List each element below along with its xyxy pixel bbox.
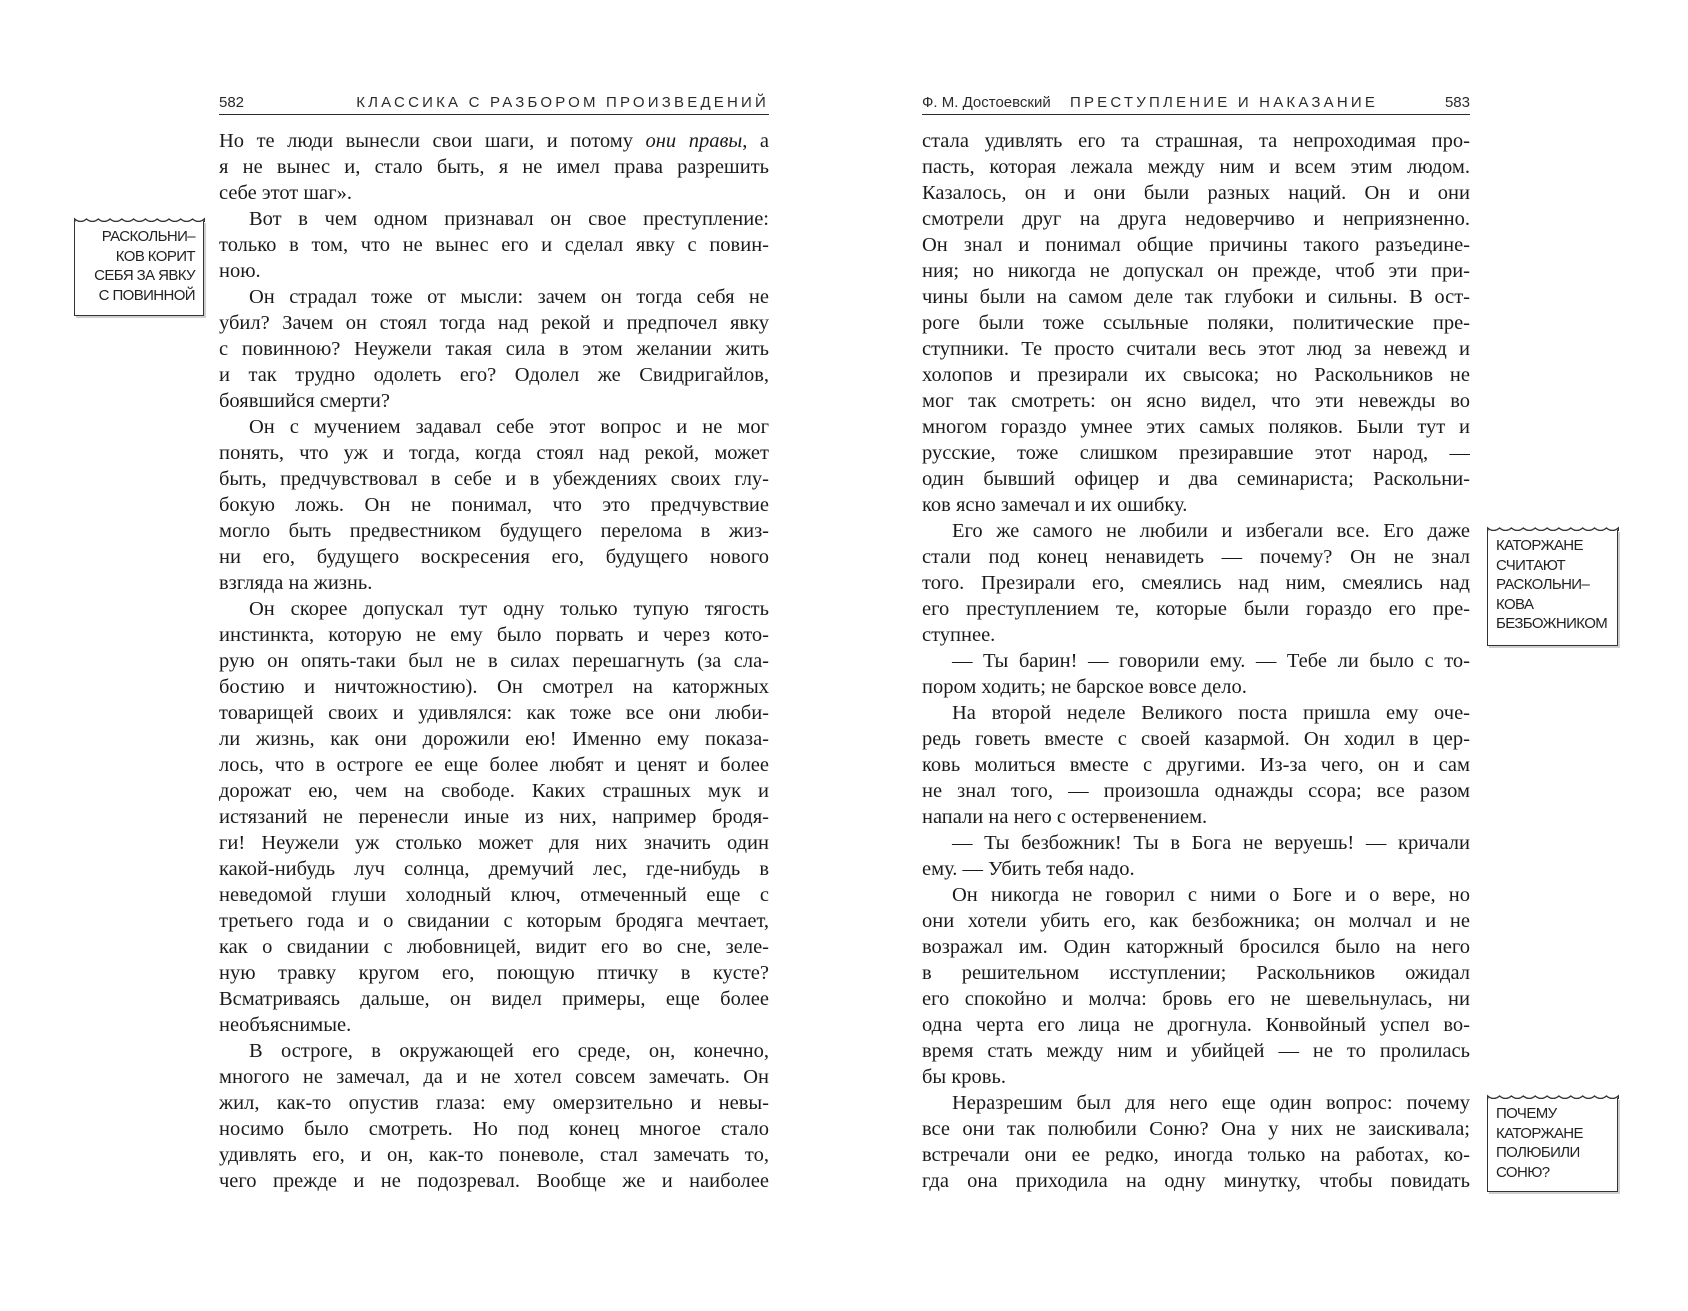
text-line: понять, что уж и тогда, когда стоял над …	[219, 440, 769, 466]
margin-note-line: СЧИТАЮТ	[1496, 556, 1609, 576]
text-line: ную травку кругом его, поющую птичку в к…	[219, 960, 769, 986]
margin-note-text: РАСКОЛЬНИ–КОВ КОРИТСЕБЯ ЗА ЯВКУС ПОВИННО…	[75, 221, 203, 309]
text-line: ли жизнь, как они дорожили ею! Именно ем…	[219, 726, 769, 752]
text-line: — Ты барин! — говорили ему. — Тебе ли бы…	[922, 648, 1470, 674]
text-line: Вот в чем одном признавал он свое престу…	[219, 206, 769, 232]
margin-note-line: СОНЮ?	[1496, 1163, 1609, 1183]
text-line: удивлять его, и он, как-то поневоле, ста…	[219, 1142, 769, 1168]
text-line: лось, что в остроге ее еще более любят и…	[219, 752, 769, 778]
text-line: ступники. Те просто считали весь этот лю…	[922, 336, 1470, 362]
left-running-head: 582 КЛАССИКА С РАЗБОРОМ ПРОИЗВЕДЕНИЙ	[219, 94, 769, 115]
text-line: многого не замечал, да и не хотел совсем…	[219, 1064, 769, 1090]
wavy-edge-icon	[1487, 1091, 1619, 1099]
margin-note-line: КАТОРЖАНЕ	[1496, 536, 1609, 556]
text-line: ною.	[219, 258, 769, 284]
text-line: его спокойно и молча: бровь его не шевел…	[922, 986, 1470, 1012]
text-line: могло быть предвестником будущего перело…	[219, 518, 769, 544]
text-line: гда она приходила на одну минутку, чтобы…	[922, 1168, 1470, 1194]
text-line: Он с мучением задавал себе этот вопрос и…	[219, 414, 769, 440]
text-line: стали под конец ненавидеть — почему? Он …	[922, 544, 1470, 570]
text-line: Его же самого не любили и избегали все. …	[922, 518, 1470, 544]
text-line: Он никогда не говорил с ними о Боге и о …	[922, 882, 1470, 908]
text-line: инстинкта, которую не ему было порвать и…	[219, 622, 769, 648]
text-line: напали на него с остервенением.	[922, 804, 1470, 830]
text-line: жил, как-то опустив глаза: ему омерзител…	[219, 1090, 769, 1116]
text-line: я не вынес и, стало быть, я не имел прав…	[219, 154, 769, 180]
text-line: пасть, которая лежала между ним и всем э…	[922, 154, 1470, 180]
text-line: быть, предчувствовал в себе и в убеждени…	[219, 466, 769, 492]
text-line: неведомой глуши холодный ключ, отмеченны…	[219, 882, 769, 908]
margin-note-line: СЕБЯ ЗА ЯВКУ	[83, 266, 195, 286]
text-line: боявшийся смерти?	[219, 388, 769, 414]
text-line: Он скорее допускал тут одну только тупую…	[219, 596, 769, 622]
text-line: ков ясно замечал и их ошибку.	[922, 492, 1470, 518]
text-line: время стать между ним и убийцей — не то …	[922, 1038, 1470, 1064]
text-line: рую он опять-таки был не в силах перешаг…	[219, 648, 769, 674]
text-line: в решительном исступлении; Раскольников …	[922, 960, 1470, 986]
text-line: мог так смотреть: он ясно видел, что эти…	[922, 388, 1470, 414]
text-line: смотрели друг на друга недоверчиво и неп…	[922, 206, 1470, 232]
margin-note-text: КАТОРЖАНЕСЧИТАЮТРАСКОЛЬНИ–КОВАБЕЗБОЖНИКО…	[1488, 530, 1617, 638]
text-line: ни его, будущего воскресения его, будуще…	[219, 544, 769, 570]
margin-note-line: КОВ КОРИТ	[83, 247, 195, 267]
margin-note: ПОЧЕМУКАТОРЖАНЕПОЛЮБИЛИСОНЮ?	[1487, 1098, 1618, 1192]
margin-note-line: РАСКОЛЬНИ–	[1496, 575, 1609, 595]
text-line: встречали они ее редко, иногда только на…	[922, 1142, 1470, 1168]
margin-note: КАТОРЖАНЕСЧИТАЮТРАСКОЛЬНИ–КОВАБЕЗБОЖНИКО…	[1487, 530, 1618, 646]
margin-note-line: С ПОВИННОЙ	[83, 286, 195, 306]
text-line: ему. — Убить тебя надо.	[922, 856, 1470, 882]
text-line: взгляда на жизнь.	[219, 570, 769, 596]
text-line: третьего года и о свидании с которым бро…	[219, 908, 769, 934]
text-line: ступнее.	[922, 622, 1470, 648]
text-line: Он страдал тоже от мысли: зачем он тогда…	[219, 284, 769, 310]
wavy-edge-icon	[74, 214, 205, 222]
text-line: того. Презирали его, смеялись над ним, с…	[922, 570, 1470, 596]
margin-note-text: ПОЧЕМУКАТОРЖАНЕПОЛЮБИЛИСОНЮ?	[1488, 1098, 1617, 1186]
text-line: ги! Неужели уж столько может для них зна…	[219, 830, 769, 856]
right-running-head: Ф. М. Достоевский ПРЕСТУПЛЕНИЕ И НАКАЗАН…	[922, 94, 1470, 115]
margin-note-line: РАСКОЛЬНИ–	[83, 227, 195, 247]
margin-note-line: ПОЛЮБИЛИ	[1496, 1143, 1609, 1163]
text-line: все они так полюбили Соню? Она у них не …	[922, 1116, 1470, 1142]
text-line: себе этот шаг».	[219, 180, 769, 206]
text-line: — Ты безбожник! Ты в Бога не веруешь! — …	[922, 830, 1470, 856]
page-number: 582	[219, 94, 244, 111]
text-line: носимо было смотреть. Но под конец много…	[219, 1116, 769, 1142]
text-line: с повинною? Неужели такая сила в этом же…	[219, 336, 769, 362]
right-text-column: стала удивлять его та страшная, та непро…	[922, 128, 1470, 1194]
text-line: чего прежде и не подозревал. Вообще же и…	[219, 1168, 769, 1194]
text-line: многом гораздо умнее этих самых поляков.…	[922, 414, 1470, 440]
text-line: чины были на самом деле так глубоки и си…	[922, 284, 1470, 310]
margin-note: РАСКОЛЬНИ–КОВ КОРИТСЕБЯ ЗА ЯВКУС ПОВИННО…	[74, 221, 204, 316]
text-line: холопов и презирали их свысока; но Раско…	[922, 362, 1470, 388]
text-line: бостию и ничтожностию). Он смотрел на ка…	[219, 674, 769, 700]
margin-note-line: ПОЧЕМУ	[1496, 1104, 1609, 1124]
text-line: и так трудно одолеть его? Одолел же Свид…	[219, 362, 769, 388]
text-line: одна черта его лица не дрогнула. Конвойн…	[922, 1012, 1470, 1038]
wavy-edge-icon	[1487, 523, 1619, 531]
page-number: 583	[1445, 94, 1470, 111]
text-line: бокую ложь. Он не понимал, что это предч…	[219, 492, 769, 518]
running-head-title: КЛАССИКА С РАЗБОРОМ ПРОИЗВЕДЕНИЙ	[356, 94, 769, 111]
text-line: возражал им. Один каторжный бросился был…	[922, 934, 1470, 960]
text-line: бы кровь.	[922, 1064, 1470, 1090]
text-line: убил? Зачем он стоял тогда над рекой и п…	[219, 310, 769, 336]
text-line: русские, тоже слишком презиравшие этот н…	[922, 440, 1470, 466]
text-line: Он знал и понимал общие причины такого р…	[922, 232, 1470, 258]
text-line: необъяснимые.	[219, 1012, 769, 1038]
text-line: роге были тоже ссыльные поляки, политиче…	[922, 310, 1470, 336]
text-line: ния; но никогда не допускал он прежде, ч…	[922, 258, 1470, 284]
text-line: Неразрешим был для него еще один вопрос:…	[922, 1090, 1470, 1116]
emphasis: они правы	[646, 130, 743, 152]
text-line: один бывший офицер и два семинариста; Ра…	[922, 466, 1470, 492]
text-line: истязаний не перенесли иные из них, напр…	[219, 804, 769, 830]
left-text-column: Но те люди вынесли свои шаги, и потому о…	[219, 128, 769, 1194]
margin-note-line: КАТОРЖАНЕ	[1496, 1124, 1609, 1144]
text-line: они хотели убить его, как безбожника; он…	[922, 908, 1470, 934]
text-line: не знал того, — произошла однажды ссора;…	[922, 778, 1470, 804]
margin-note-line: КОВА	[1496, 595, 1609, 615]
text-line: дорожат ею, чем на свободе. Каких страшн…	[219, 778, 769, 804]
text-line: На второй неделе Великого поста пришла е…	[922, 700, 1470, 726]
margin-note-line: БЕЗБОЖНИКОМ	[1496, 614, 1609, 634]
text-line: редь говеть вместе с своей казармой. Он …	[922, 726, 1470, 752]
text-line: его преступлением те, которые были гораз…	[922, 596, 1470, 622]
text-line: В остроге, в окружающей его среде, он, к…	[219, 1038, 769, 1064]
text-line: Казалось, он и они были разных наций. Он…	[922, 180, 1470, 206]
author-name: Ф. М. Достоевский	[922, 94, 1051, 111]
text-line: товарищей своих и удивлялся: как тоже вс…	[219, 700, 769, 726]
text-line: Но те люди вынесли свои шаги, и потому о…	[219, 128, 769, 154]
text-line: стала удивлять его та страшная, та непро…	[922, 128, 1470, 154]
text-line: Всматриваясь дальше, он видел примеры, е…	[219, 986, 769, 1012]
text-line: только в том, что не вынес его и сделал …	[219, 232, 769, 258]
text-line: ковь молиться вместе с другими. Из-за че…	[922, 752, 1470, 778]
text-line: какой-нибудь луч солнца, дремучий лес, г…	[219, 856, 769, 882]
running-head-title: ПРЕСТУПЛЕНИЕ И НАКАЗАНИЕ	[1070, 94, 1378, 111]
text-line: как о свидании с любовницей, видит его в…	[219, 934, 769, 960]
text-line: пором ходить; не барское вовсе дело.	[922, 674, 1470, 700]
